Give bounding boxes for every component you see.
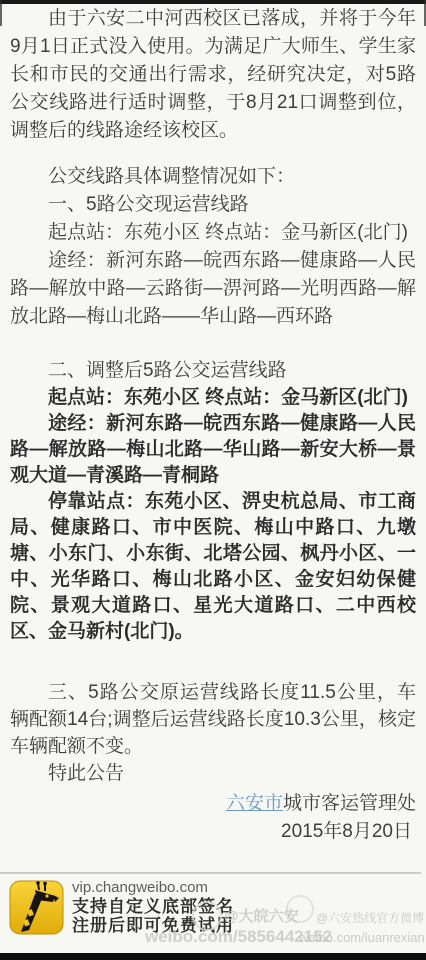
changweibo-domain-text: vip.changweibo.com bbox=[72, 879, 234, 897]
section2-stations: 起点站：东苑小区 终点站：金马新区(北门) bbox=[10, 385, 416, 411]
footer-banner: vip.changweibo.com 支持自定义底部签名 注册后即可免费试用 @… bbox=[0, 877, 426, 953]
section2-route: 途经：新河东路—皖西东路—健康路—人民路—解放路—梅山北路—华山路—新安大桥—景… bbox=[10, 411, 416, 489]
watermark-left-account: @大皖六安 bbox=[224, 905, 299, 926]
top-border-bar bbox=[0, 0, 426, 4]
signature-line: 六安市城市客运管理处 bbox=[10, 790, 416, 818]
notice-page: { "colors": { "background": "#f7f7f4", "… bbox=[0, 0, 426, 960]
watermark-right-account: @六安热线官方微博 bbox=[316, 909, 424, 926]
closing-statement: 特此公告 bbox=[10, 760, 416, 788]
notice-intro: 公交线路具体调整情况如下： bbox=[10, 163, 416, 191]
issuer-name-rest: 城市客运管理处 bbox=[283, 793, 416, 814]
section2-stops: 停靠站点：东苑小区、淠史杭总局、市工商局、健康路口、市中医院、梅山中路口、九墩塘… bbox=[10, 489, 416, 645]
section1-heading: 一、5路公交现运营线路 bbox=[10, 191, 416, 219]
notice-paragraph-1: 由于六安二中河西校区已落成，并将于今年9月1日正式没入使用。为满足广大师生、学生… bbox=[10, 5, 416, 145]
changweibo-giraffe-icon bbox=[9, 880, 64, 935]
bottom-border-bar bbox=[0, 953, 426, 960]
issuer-city-link[interactable]: 六安市 bbox=[226, 793, 283, 814]
section2-heading: 二、调整后5路公交运营线路 bbox=[10, 357, 416, 385]
footer-divider bbox=[0, 872, 421, 874]
notice-body: 由于六安二中河西校区已落成，并将于今年9月1日正式没入使用。为满足广大师生、学生… bbox=[0, 5, 426, 846]
watermark-right-url: weibo.com/luanrexian bbox=[299, 930, 425, 945]
notice-date: 2015年8月20日 bbox=[10, 818, 416, 846]
section1-route: 途经：新河东路—皖西东路—健康路—人民路—解放中路—云路街—淠河路—光明西路—解… bbox=[10, 247, 416, 331]
section3-paragraph: 三、5路公交原运营线路长度11.5公里，车辆配额14台;调整后运营线路长度10.… bbox=[10, 679, 416, 760]
section1-stations: 起点站：东苑小区 终点站：金马新区(北门) bbox=[10, 219, 416, 247]
